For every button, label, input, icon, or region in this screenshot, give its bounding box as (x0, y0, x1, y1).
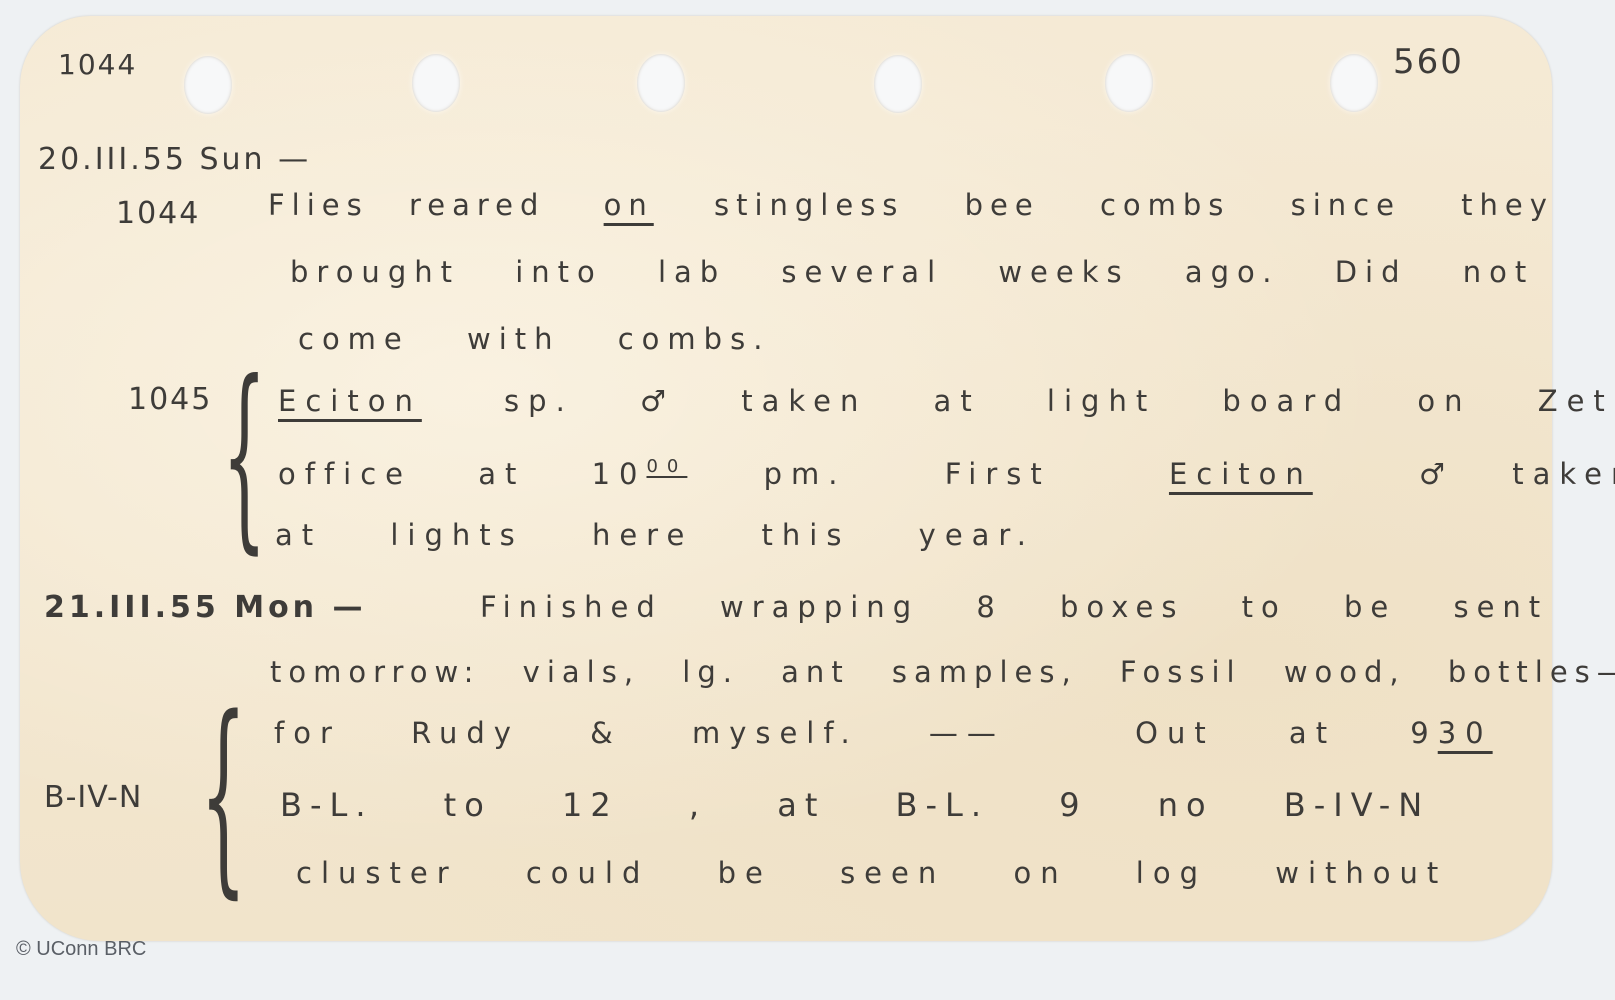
note-line: cluster could be seen on log without (296, 856, 1447, 890)
note-text: sp. ♂ taken at light board on Zetek's (504, 384, 1615, 418)
note-line: Eciton sp. ♂ taken at light board on Zet… (278, 384, 1615, 418)
note-line: Finished wrapping 8 boxes to be sent (480, 590, 1548, 624)
taxon-name: Eciton (1169, 457, 1313, 491)
note-line: come with combs. (298, 322, 770, 356)
note-text: stingless bee combs since they were (714, 188, 1615, 222)
note-line: for Rudy & myself. —— Out at 930 (274, 716, 1493, 750)
note-line: tomorrow: vials, lg. ant samples, Fossil… (270, 655, 1615, 689)
specimen-number-1045: 1045 (128, 382, 212, 417)
locality-label: B-IV-N (44, 780, 142, 815)
punch-hole (637, 54, 685, 112)
entry-date-2: 21.III.55 Mon — (44, 590, 367, 625)
punch-hole (874, 55, 922, 113)
note-text: for Rudy & myself. —— (274, 716, 1005, 750)
note-line: Flies reared on stingless bee combs sinc… (268, 188, 1615, 222)
copyright-watermark: © UConn BRC (16, 938, 146, 961)
taxon-name: Eciton (278, 384, 422, 418)
punch-hole (184, 56, 232, 114)
note-text: Out at 9 (1135, 716, 1438, 750)
note-text: pm. First (764, 457, 1051, 491)
specimen-number-1044: 1044 (116, 196, 200, 231)
underlined-word: on (604, 188, 654, 222)
time-superscript: 00 (646, 456, 687, 477)
curly-brace: { (200, 690, 247, 900)
note-line: at lights here this year. (275, 518, 1035, 552)
note-text: office at 10 (278, 457, 646, 491)
punch-hole (1330, 54, 1378, 112)
note-line: brought into lab several weeks ago. Did … (290, 255, 1534, 289)
entry-date-1: 20.III.55 Sun — (38, 142, 311, 177)
note-line: B-L. to 12 , at B-L. 9 no B-IV-N (280, 786, 1430, 824)
card-number: 1044 (58, 48, 137, 81)
note-text: ♂ taken (1419, 457, 1615, 491)
punch-hole (1105, 54, 1153, 112)
curly-brace: { (222, 356, 267, 556)
note-text: Flies reared (268, 188, 545, 222)
page-number: 560 (1393, 42, 1464, 82)
punch-hole (412, 54, 460, 112)
note-line: office at 1000 pm. First Eciton ♂ taken (278, 456, 1615, 491)
time-minutes: 30 (1438, 716, 1493, 750)
